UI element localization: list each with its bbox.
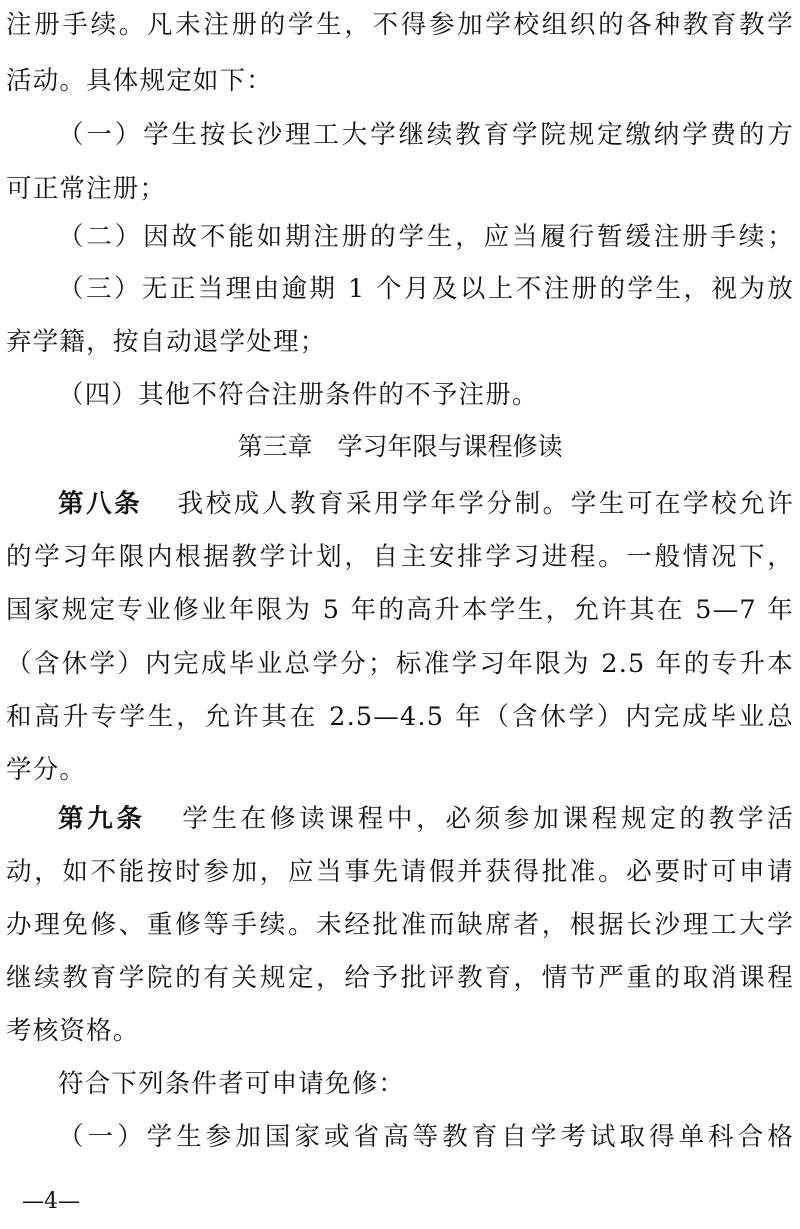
paragraph-line: 活动。具体规定如下： [6, 64, 794, 98]
list-item-3: （三）无正当理由逾期 1 个月及以上不注册的学生，视为放 [58, 272, 794, 306]
list-item-2: （二）因故不能如期注册的学生，应当履行暂缓注册手续； [58, 220, 794, 254]
document-page: 注册手续。凡未注册的学生，不得参加学校组织的各种教育教学 活动。具体规定如下： … [0, 0, 800, 1229]
paragraph-line: 可正常注册； [6, 172, 794, 206]
article-9-label: 第九条 [58, 804, 146, 834]
article-9-text: 学生在修读课程中，必须参加课程规定的教学活 [180, 804, 794, 834]
paragraph-line: 和高升专学生，允许其在 2.5—4.5 年（含休学）内完成毕业总 [6, 700, 794, 734]
paragraph-line: 弃学籍，按自动退学处理； [6, 325, 794, 359]
page-number: —4— [22, 1188, 80, 1216]
article-8-text: 我校成人教育采用学年学分制。学生可在学校允许 [176, 489, 794, 519]
paragraph-line: 考核资格。 [6, 1014, 794, 1048]
list-item-4: （四）其他不符合注册条件的不予注册。 [58, 378, 794, 412]
article-8-first-line: 第八条我校成人教育采用学年学分制。学生可在学校允许 [58, 487, 794, 521]
paragraph-line: 国家规定专业修业年限为 5 年的高升本学生，允许其在 5—7 年 [6, 593, 794, 627]
paragraph-line: 动，如不能按时参加，应当事先请假并获得批准。必要时可申请 [6, 855, 794, 889]
exemption-intro: 符合下列条件者可申请免修： [58, 1067, 794, 1101]
paragraph-line: 注册手续。凡未注册的学生，不得参加学校组织的各种教育教学 [6, 8, 794, 42]
paragraph-line: 的学习年限内根据教学计划，自主安排学习进程。一般情况下， [6, 540, 794, 574]
paragraph-line: （含休学）内完成毕业总学分；标准学习年限为 2.5 年的专升本 [6, 647, 794, 681]
paragraph-line: 办理免修、重修等手续。未经批准而缺席者，根据长沙理工大学 [6, 908, 794, 942]
article-8-label: 第八条 [58, 489, 142, 519]
article-9-first-line: 第九条学生在修读课程中，必须参加课程规定的教学活 [58, 802, 794, 836]
exemption-item-1: （一）学生参加国家或省高等教育自学考试取得单科合格 [58, 1120, 794, 1154]
list-item-1: （一）学生按长沙理工大学继续教育学院规定缴纳学费的方 [58, 118, 794, 152]
chapter-heading: 第三章 学习年限与课程修读 [0, 430, 800, 464]
paragraph-line: 学分。 [6, 753, 794, 787]
paragraph-line: 继续教育学院的有关规定，给予批评教育，情节严重的取消课程 [6, 961, 794, 995]
